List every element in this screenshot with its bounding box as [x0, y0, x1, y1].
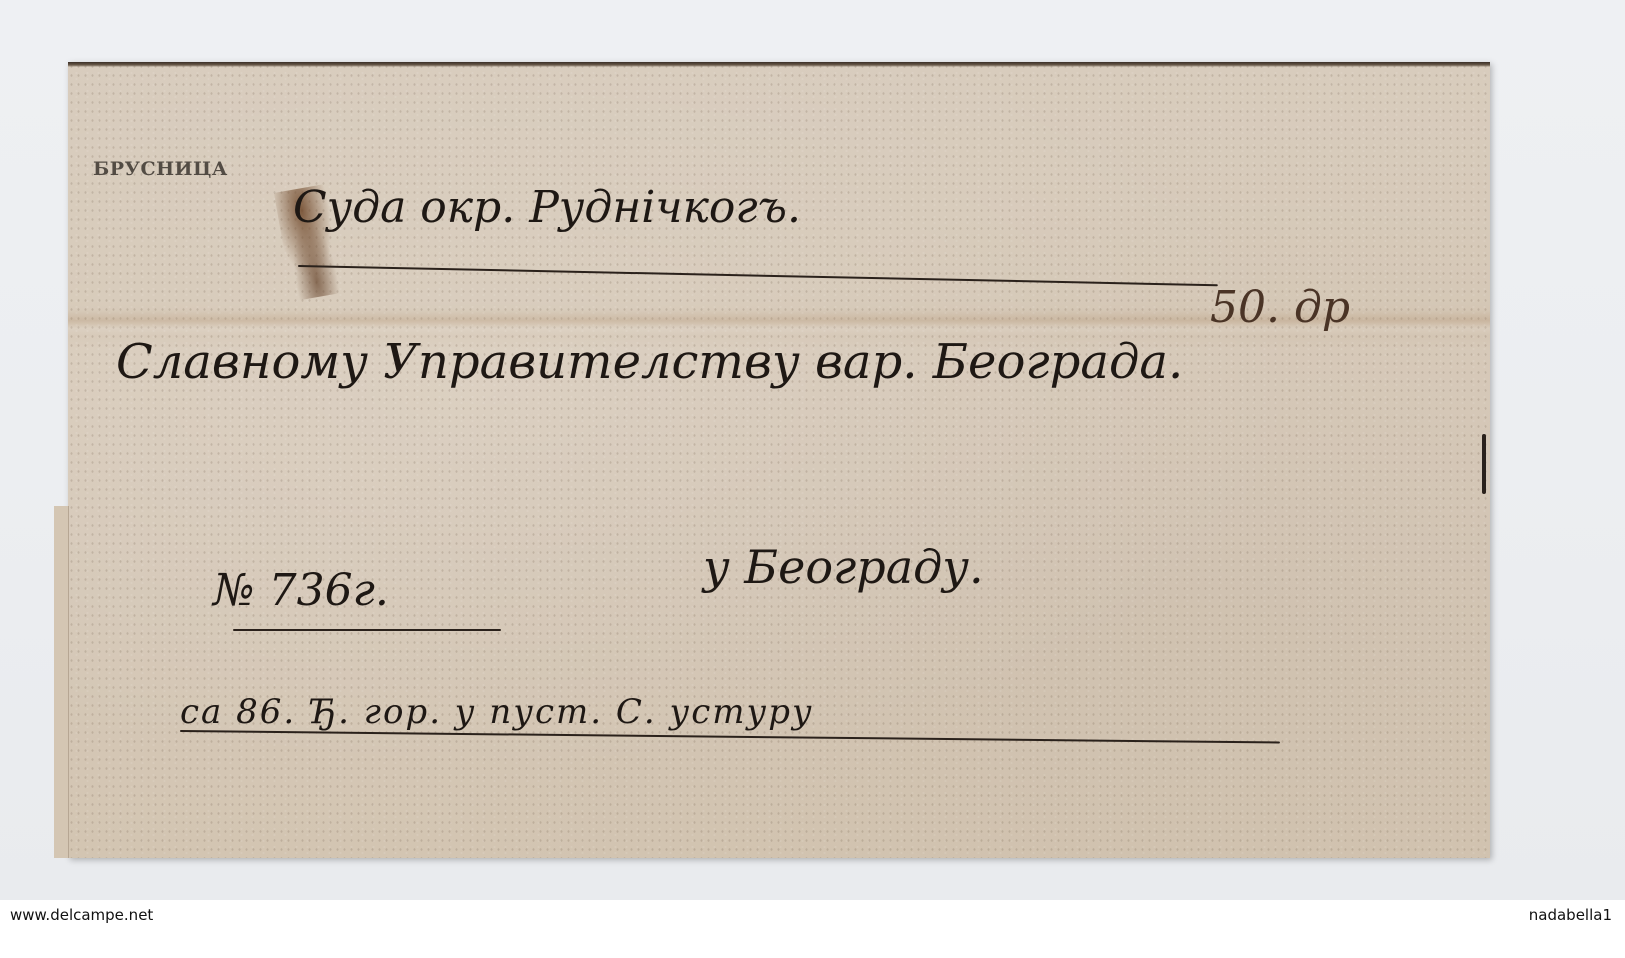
registration-number: № 736г.: [213, 565, 389, 616]
letter-cover: БРУСНИЦА Суда окр. Руднічкогъ. 50. др Сл…: [68, 62, 1490, 858]
underline-note: [180, 730, 1280, 744]
site-watermark: www.delcampe.net: [10, 906, 153, 924]
edge-ink-mark: [1482, 434, 1486, 494]
handwritten-line-destination: у Београду.: [703, 540, 984, 594]
handwritten-line-addressee: Славному Управителству вар. Београда.: [116, 334, 1183, 390]
town-postmark: БРУСНИЦА: [93, 158, 228, 180]
handwritten-line-note: са 86. Ђ. гор. у пуст. С. устуру: [180, 692, 814, 732]
handwritten-line-sender: Суда окр. Руднічкогъ.: [293, 182, 801, 233]
cover-top-edge: [68, 62, 1490, 67]
left-flap-edge: [54, 506, 69, 858]
underline-registration: [233, 629, 501, 631]
underline-sender: [298, 265, 1218, 286]
scan-background: БРУСНИЦА Суда окр. Руднічкогъ. 50. др Сл…: [0, 0, 1625, 900]
postage-rate-annotation: 50. др: [1210, 282, 1350, 333]
seller-name: nadabella1: [1529, 906, 1612, 924]
watermark-footer: www.delcampe.net nadabella1: [0, 900, 1625, 958]
